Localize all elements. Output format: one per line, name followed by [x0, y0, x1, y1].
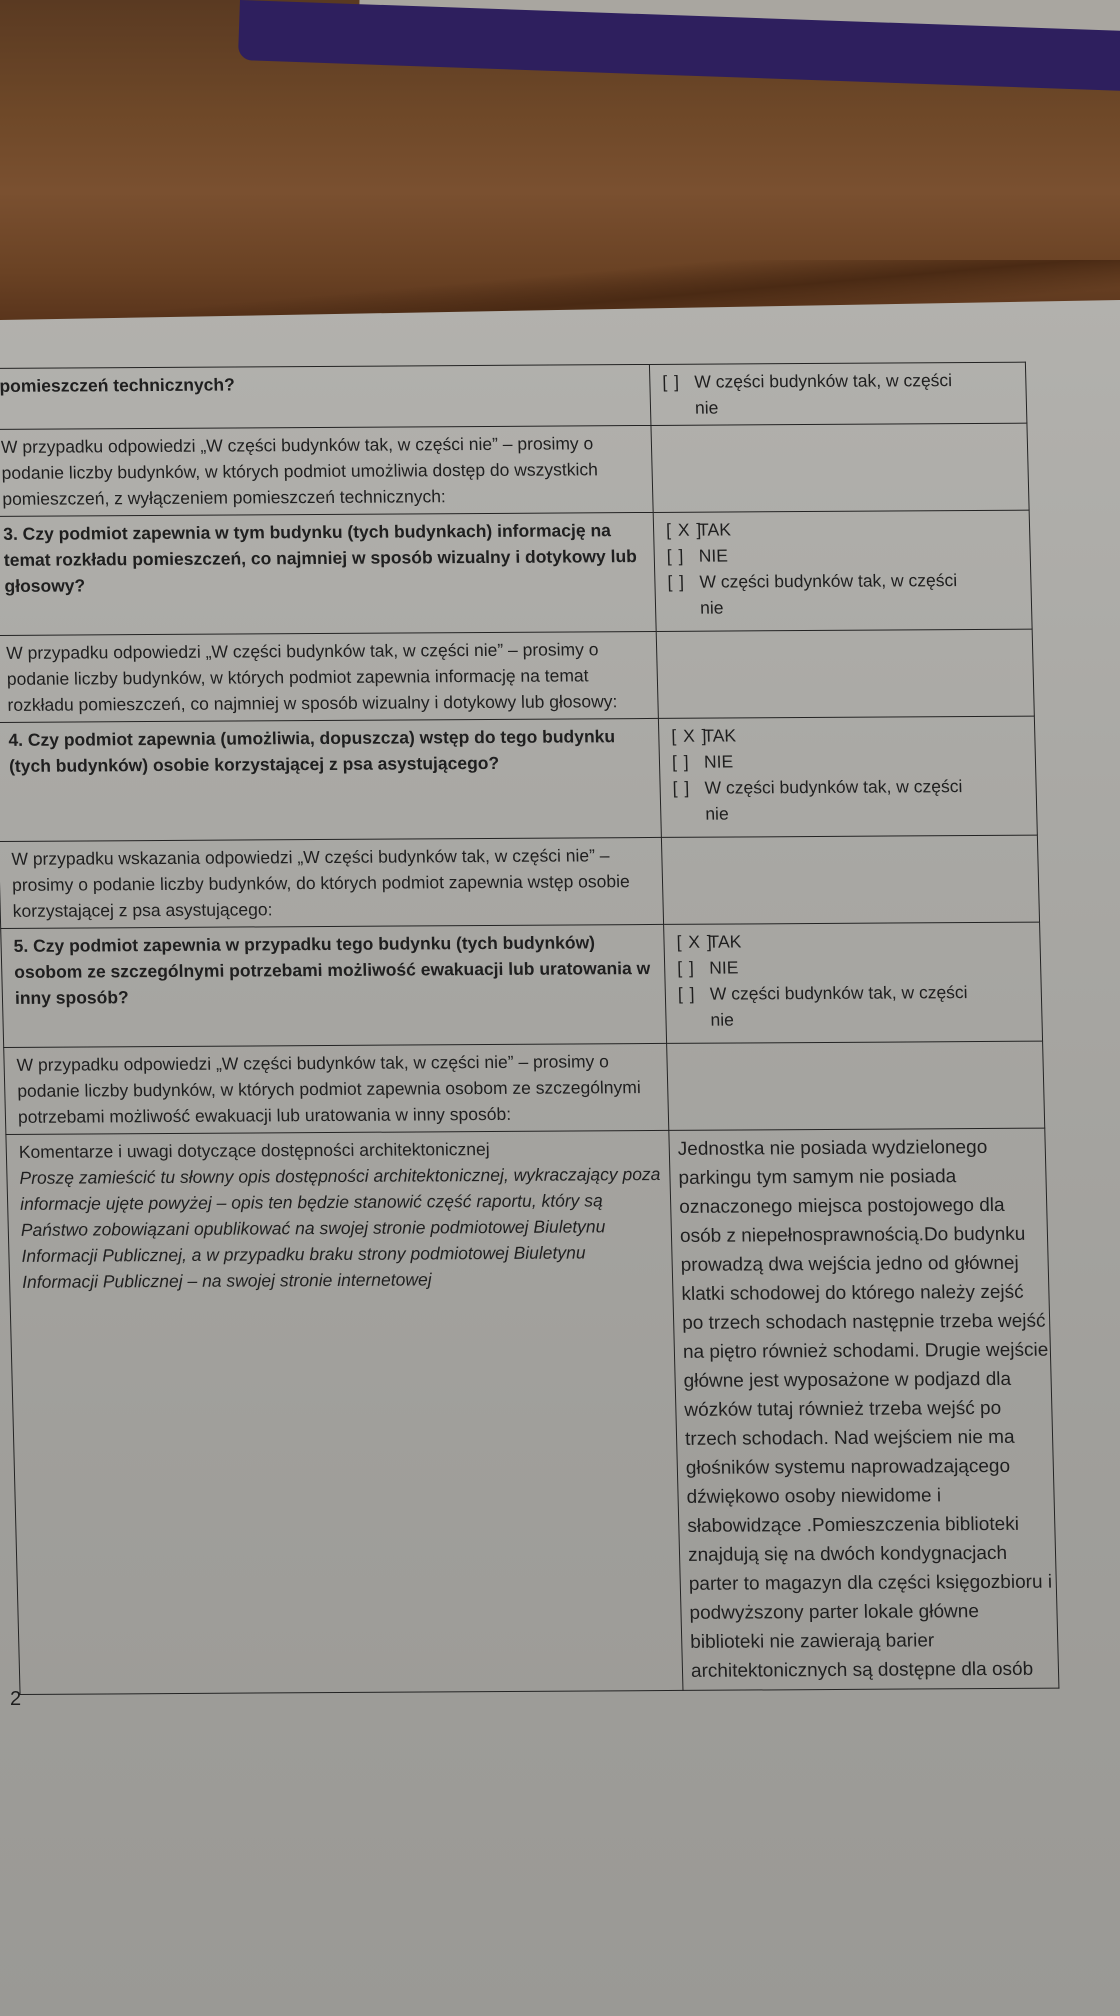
- follow-up-text: W przypadku wskazania odpowiedzi „W częś…: [0, 837, 664, 928]
- comments-answer-line: dźwiękowo osoby niewidome i: [686, 1481, 1046, 1512]
- text-line: 3. Czy podmiot zapewnia w tym budynku (t…: [3, 517, 646, 547]
- comments-answer-line: klatki schodowej do którego należy zejść: [681, 1278, 1041, 1309]
- checkbox-mark[interactable]: [ ]: [672, 775, 705, 801]
- option-label-continuation: nie: [663, 393, 1019, 421]
- answer-options: [ X ]TAK[ ]NIE[ ]W części budynków tak, …: [653, 510, 1032, 631]
- comments-answer-line: głośników systemu naprowadzającego: [685, 1452, 1045, 1483]
- follow-up-row: W przypadku odpowiedzi „W części budynkó…: [0, 629, 1034, 722]
- comments-answer-line: biblioteki nie zawierają barier: [690, 1626, 1050, 1657]
- building-count-field[interactable]: [651, 423, 1029, 512]
- checkbox-option[interactable]: [ ]NIE: [677, 953, 1033, 981]
- building-count-field[interactable]: [667, 1041, 1045, 1130]
- text-line: 5. Czy podmiot zapewnia w przypadku tego…: [13, 929, 656, 959]
- checkbox-mark[interactable]: [ ]: [677, 955, 710, 981]
- building-count-field[interactable]: [656, 629, 1034, 718]
- comments-answer-line: oznaczonego miejsca postojowego dla: [679, 1191, 1039, 1222]
- checkbox-mark[interactable]: [ ]: [678, 981, 711, 1007]
- option-label: NIE: [709, 957, 739, 977]
- text-line: podanie liczby budynków, w których podmi…: [17, 1074, 660, 1104]
- follow-up-row: W przypadku odpowiedzi „W części budynkó…: [0, 423, 1029, 516]
- text-line: 4. Czy podmiot zapewnia (umożliwia, dopu…: [8, 723, 651, 753]
- text-line: osobom ze szczególnymi potrzebami możliw…: [14, 955, 657, 985]
- checkbox-mark[interactable]: [ X ]: [676, 929, 709, 955]
- comments-instruction-line: Informacji Publicznej – na swojej stroni…: [22, 1265, 665, 1295]
- text-line: (tych budynków) osobie korzystającej z p…: [9, 749, 652, 779]
- option-label: W części budynków tak, w części: [699, 570, 957, 592]
- text-line: W przypadku odpowiedzi „W części budynkó…: [6, 636, 649, 666]
- checkbox-option-checked[interactable]: [ X ]TAK: [676, 927, 1032, 955]
- text-line: pomieszczeń, z wyłączeniem pomieszczeń t…: [2, 482, 645, 512]
- checkbox-mark[interactable]: [ ]: [662, 369, 695, 395]
- option-label-continuation: nie: [673, 799, 1029, 827]
- text-line: podanie liczby budynków, w których podmi…: [7, 662, 650, 692]
- option-label-continuation: nie: [678, 1005, 1034, 1033]
- option-label: W części budynków tak, w części: [704, 776, 962, 798]
- comments-answer-line: parter to magazyn dla części księgozbior…: [688, 1568, 1048, 1599]
- option-label: NIE: [704, 751, 734, 771]
- option-label: NIE: [699, 545, 729, 565]
- checkbox-mark[interactable]: [ ]: [667, 569, 700, 595]
- checkbox-option[interactable]: [ ]W części budynków tak, w częścinie: [678, 979, 1034, 1033]
- accessibility-form: pomieszczeń technicznych?[ ]W części bud…: [0, 362, 1059, 1695]
- comments-answer-line: znajdują się na dwóch kondygnacjach: [688, 1539, 1048, 1570]
- comments-answer-line: prowadzą dwa wejścia jedno od głównej: [680, 1249, 1040, 1280]
- comments-answer-line: słabowidzące .Pomieszczenia biblioteki: [687, 1510, 1047, 1541]
- comments-answer-line: architektonicznych są dostępne dla osób: [691, 1655, 1051, 1686]
- option-label-continuation: nie: [668, 593, 1024, 621]
- checkbox-option-checked[interactable]: [ X ]TAK: [666, 515, 1022, 543]
- comments-instruction-line: informacje ujęte powyżej – opis ten będz…: [20, 1187, 663, 1217]
- checkbox-option[interactable]: [ ]W części budynków tak, w częścinie: [667, 567, 1023, 621]
- comments-answer-line: na piętro również schodami. Drugie wejśc…: [683, 1336, 1043, 1367]
- comments-instruction-line: Proszę zamieścić tu słowny opis dostępno…: [19, 1161, 662, 1191]
- follow-up-text: W przypadku odpowiedzi „W części budynkó…: [0, 425, 653, 516]
- page-number: 2: [10, 1688, 21, 1711]
- checkbox-option[interactable]: [ ]NIE: [672, 747, 1028, 775]
- follow-up-text: W przypadku odpowiedzi „W części budynkó…: [4, 1043, 669, 1134]
- question-row: 3. Czy podmiot zapewnia w tym budynku (t…: [0, 510, 1032, 635]
- option-label: W części budynków tak, w części: [710, 982, 968, 1004]
- text-line: podanie liczby budynków, w których podmi…: [1, 456, 644, 486]
- comments-answer-line: wózków tutaj również trzeba wejść po: [684, 1394, 1044, 1425]
- checkbox-mark[interactable]: [ ]: [672, 749, 705, 775]
- checkbox-option[interactable]: [ ]NIE: [666, 541, 1022, 569]
- text-line: temat rozkładu pomieszczeń, co najmniej …: [4, 543, 647, 573]
- follow-up-text: W przypadku odpowiedzi „W części budynkó…: [0, 631, 658, 722]
- question-row: pomieszczeń technicznych?[ ]W części bud…: [0, 362, 1027, 429]
- comments-answer-line: osób z niepełnosprawnością.Do budynku: [680, 1220, 1040, 1251]
- option-label: TAK: [708, 931, 741, 951]
- checkbox-option-checked[interactable]: [ X ]TAK: [671, 721, 1027, 749]
- text-line: głosowy?: [4, 569, 647, 599]
- comments-answer-line: po trzech schodach następnie trzeba wejś…: [682, 1307, 1042, 1338]
- follow-up-row: W przypadku odpowiedzi „W części budynkó…: [4, 1041, 1045, 1134]
- answer-options: [ ]W części budynków tak, w częścinie: [649, 362, 1026, 425]
- option-label: W części budynków tak, w części: [694, 370, 952, 392]
- building-count-field[interactable]: [661, 835, 1039, 924]
- form-table: pomieszczeń technicznych?[ ]W części bud…: [0, 362, 1059, 1695]
- comments-answer-line: główne jest wyposażone w podjazd dla: [683, 1365, 1043, 1396]
- comments-heading: Komentarze i uwagi dotyczące dostępności…: [19, 1135, 662, 1165]
- checkbox-mark[interactable]: [ X ]: [666, 517, 699, 543]
- option-label: TAK: [703, 725, 736, 745]
- comments-instruction-line: Informacji Publicznej, a w przypadku bra…: [21, 1239, 664, 1269]
- question-text: pomieszczeń technicznych?: [0, 364, 651, 429]
- comments-label: Komentarze i uwagi dotyczące dostępności…: [6, 1130, 683, 1694]
- text-line: W przypadku odpowiedzi „W części budynkó…: [16, 1048, 659, 1078]
- text-line: W przypadku odpowiedzi „W części budynkó…: [1, 430, 644, 460]
- comments-instruction-line: Państwo zobowiązani opublikować na swoje…: [20, 1213, 663, 1243]
- text-line: prosimy o podanie liczby budynków, do kt…: [12, 868, 655, 898]
- question-text: 3. Czy podmiot zapewnia w tym budynku (t…: [0, 512, 656, 635]
- text-line: potrzebami możliwość ewakuacji lub urato…: [18, 1100, 661, 1130]
- text-line: pomieszczeń technicznych?: [0, 369, 642, 399]
- option-label: TAK: [698, 519, 731, 539]
- comments-answer-line: trzech schodach. Nad wejściem nie ma: [685, 1423, 1045, 1454]
- checkbox-option[interactable]: [ ]W części budynków tak, w częścinie: [662, 367, 1018, 421]
- text-line: rozkładu pomieszczeń, co najmniej w spos…: [7, 688, 650, 718]
- checkbox-mark[interactable]: [ ]: [666, 543, 699, 569]
- question-row: 4. Czy podmiot zapewnia (umożliwia, dopu…: [0, 716, 1037, 841]
- comments-answer-line: podwyższony parter lokale główne: [689, 1597, 1049, 1628]
- checkbox-mark[interactable]: [ X ]: [671, 723, 704, 749]
- comments-answer-line: parkingu tym samym nie posiada: [678, 1162, 1038, 1193]
- question-row: 5. Czy podmiot zapewnia w przypadku tego…: [1, 922, 1043, 1047]
- text-line: korzystającej z psa asystującego:: [12, 894, 655, 924]
- question-text: 5. Czy podmiot zapewnia w przypadku tego…: [1, 924, 667, 1047]
- text-line: inny sposób?: [15, 981, 658, 1011]
- answer-options: [ X ]TAK[ ]NIE[ ]W części budynków tak, …: [664, 922, 1043, 1043]
- text-line: W przypadku wskazania odpowiedzi „W częś…: [11, 842, 654, 872]
- checkbox-option[interactable]: [ ]W części budynków tak, w częścinie: [672, 773, 1028, 827]
- follow-up-row: W przypadku wskazania odpowiedzi „W częś…: [0, 835, 1040, 928]
- comments-answer-field[interactable]: Jednostka nie posiada wydzielonegoparkin…: [669, 1128, 1059, 1690]
- answer-options: [ X ]TAK[ ]NIE[ ]W części budynków tak, …: [658, 716, 1037, 837]
- comments-row: Komentarze i uwagi dotyczące dostępności…: [6, 1128, 1059, 1694]
- comments-answer-line: Jednostka nie posiada wydzielonego: [677, 1133, 1037, 1164]
- question-text: 4. Czy podmiot zapewnia (umożliwia, dopu…: [0, 718, 661, 841]
